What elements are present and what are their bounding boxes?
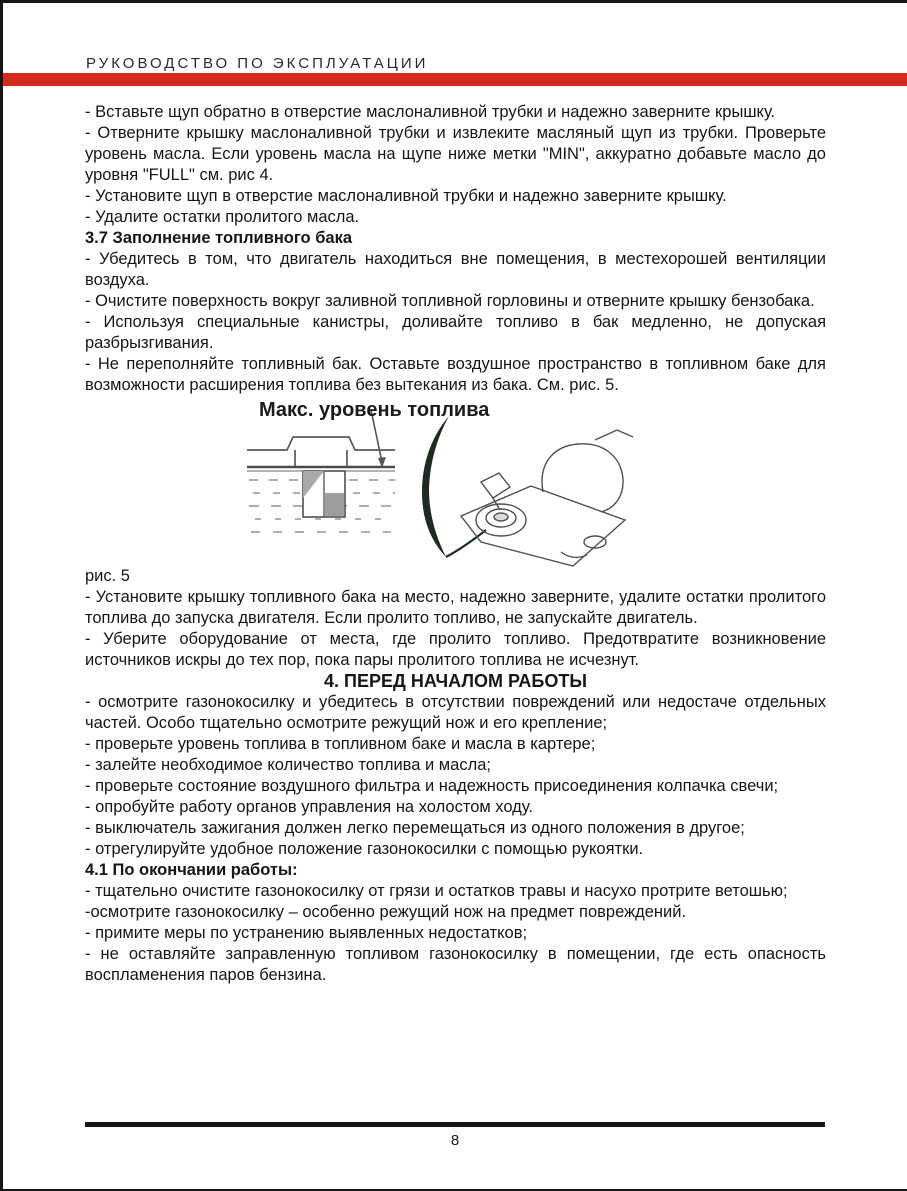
body-paragraph: - Удалите остатки пролитого масла. [85,207,826,228]
body-paragraph: - Очистите поверхность вокруг заливной т… [85,291,826,312]
body-paragraph: - Установите щуп в отверстие маслоналивн… [85,186,826,207]
body-paragraph: - Вставьте щуп обратно в отверстие масло… [85,102,826,123]
engine-sketch [461,430,633,566]
body-paragraph: -осмотрите газонокосилку – особенно режу… [85,902,826,923]
tank-top-contour [247,437,395,466]
footer-rule [85,1122,825,1127]
section-heading-4-1: 4.1 По окончании работы: [85,860,826,881]
body-paragraph: - Установите крышку топливного бака на м… [85,587,826,629]
body-paragraph: - выключатель зажигания должен легко пер… [85,818,826,839]
page-header-title: РУКОВОДСТВО ПО ЭКСПЛУАТАЦИИ [86,55,428,72]
body-paragraph: - Используя специальные канистры, долива… [85,312,826,354]
body-paragraph: - отрегулируйте удобное положение газоно… [85,839,826,860]
body-paragraph: - тщательно очистите газонокосилку от гр… [85,881,826,902]
body-paragraph: - проверьте состояние воздушного фильтра… [85,776,826,797]
body-paragraph: - не оставляйте заправленную топливом га… [85,944,826,986]
page-number: 8 [3,1132,907,1149]
body-paragraph: - Отверните крышку маслоналивной трубки … [85,123,826,186]
fuel-level-diagram [243,404,655,570]
manual-page: РУКОВОДСТВО ПО ЭКСПЛУАТАЦИИ - Вставьте щ… [0,0,907,1191]
figure-5-illustration: Макс. уровень топлива [243,404,655,566]
body-paragraph: - осмотрите газонокосилку и убедитесь в … [85,692,826,734]
section-heading-3-7: 3.7 Заполнение топливного бака [85,228,826,249]
body-paragraph: - Уберите оборудование от места, где про… [85,629,826,671]
body-paragraph: - залейте необходимое количество топлива… [85,755,826,776]
page-content: - Вставьте щуп обратно в отверстие масло… [3,102,907,986]
filler-tube [303,471,345,517]
body-paragraph: - примите меры по устранению выявленных … [85,923,826,944]
body-paragraph: - проверьте уровень топлива в топливном … [85,734,826,755]
figure-label: Макс. уровень топлива [259,400,489,421]
section-heading-4: 4. ПЕРЕД НАЧАЛОМ РАБОТЫ [85,671,826,692]
red-accent-bar [0,73,907,86]
body-paragraph: - Не переполняйте топливный бак. Оставьт… [85,354,826,396]
body-paragraph: - Убедитесь в том, что двигатель находит… [85,249,826,291]
body-paragraph: - опробуйте работу органов управления на… [85,797,826,818]
